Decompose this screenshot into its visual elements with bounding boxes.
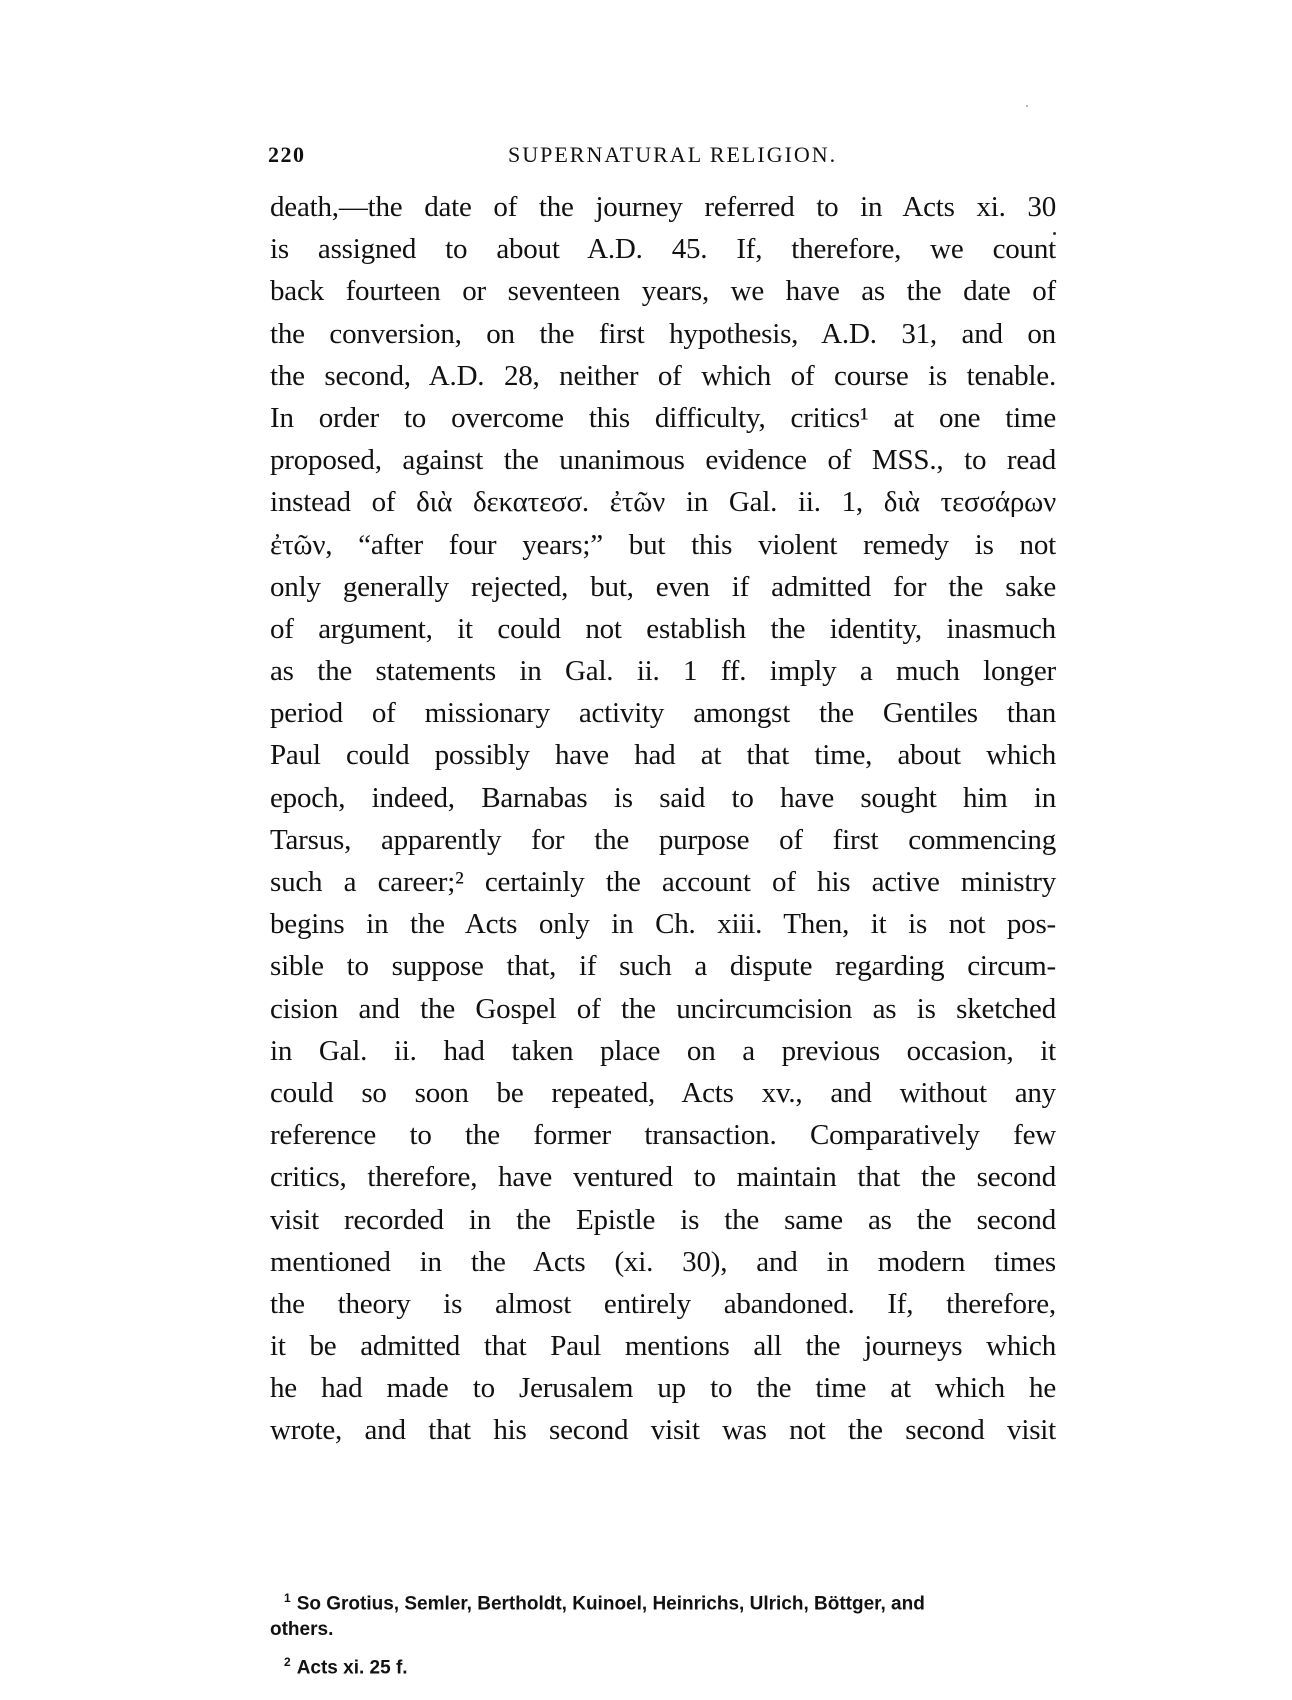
footnotes: 1So Grotius, Semler, Bertholdt, Kuinoel,… (270, 1582, 1056, 1678)
text-line: he had made to Jerusalem up to the time … (270, 1367, 1056, 1409)
scan-speck (1026, 105, 1028, 107)
text-line: epoch, indeed, Barnabas is said to have … (270, 777, 1056, 819)
text-line: back fourteen or seventeen years, we hav… (270, 270, 1056, 312)
text-line: could so soon be repeated, Acts xv., and… (270, 1072, 1056, 1114)
text-line: instead of διὰ δεκατεσσ. ἐτῶν in Gal. ii… (270, 481, 1056, 523)
text-line: in Gal. ii. had taken place on a previou… (270, 1030, 1056, 1072)
text-line: wrote, and that his second visit was not… (270, 1409, 1056, 1451)
text-line: critics, therefore, have ventured to mai… (270, 1156, 1056, 1198)
book-page: 220 SUPERNATURAL RELIGION. death,—the da… (0, 0, 1292, 1700)
footnote-1: 1So Grotius, Semler, Bertholdt, Kuinoel,… (270, 1582, 1056, 1614)
footnote-mark: 1 (284, 1591, 291, 1605)
text-line: visit recorded in the Epistle is the sam… (270, 1199, 1056, 1241)
footnote-text: So Grotius, Semler, Bertholdt, Kuinoel, … (297, 1593, 925, 1614)
text-line: cision and the Gospel of the uncircumcis… (270, 988, 1056, 1030)
body-text: death,—the date of the journey referred … (270, 186, 1056, 1452)
text-line: the theory is almost entirely abandoned.… (270, 1283, 1056, 1325)
text-line: the second, A.D. 28, neither of which of… (270, 355, 1056, 397)
running-head: 220 SUPERNATURAL RELIGION. (268, 142, 1058, 172)
text-line: ἐτῶν, “after four years;” but this viole… (270, 524, 1056, 566)
text-line: reference to the former transaction. Com… (270, 1114, 1056, 1156)
text-line: the conversion, on the first hypothesis,… (270, 313, 1056, 355)
footnote-2: 2Acts xi. 25 f. (270, 1646, 1056, 1678)
text-line: as the statements in Gal. ii. 1 ff. impl… (270, 650, 1056, 692)
text-line: is assigned to about A.D. 45. If, theref… (270, 228, 1056, 270)
page-number: 220 (268, 142, 306, 168)
text-line: Paul could possibly have had at that tim… (270, 734, 1056, 776)
text-line: only generally rejected, but, even if ad… (270, 566, 1056, 608)
text-line: it be admitted that Paul mentions all th… (270, 1325, 1056, 1367)
text-line: sible to suppose that, if such a dispute… (270, 945, 1056, 987)
text-line: of argument, it could not establish the … (270, 608, 1056, 650)
footnote-1-continuation: others. (270, 1614, 1056, 1646)
text-line: begins in the Acts only in Ch. xiii. The… (270, 903, 1056, 945)
footnote-mark: 2 (284, 1655, 291, 1669)
text-line: mentioned in the Acts (xi. 30), and in m… (270, 1241, 1056, 1283)
text-line: death,—the date of the journey referred … (270, 186, 1056, 228)
text-line: Tarsus, apparently for the purpose of fi… (270, 819, 1056, 861)
running-title: SUPERNATURAL RELIGION. (508, 142, 837, 168)
scan-speck (1053, 232, 1056, 235)
footnote-text: Acts xi. 25 f. (297, 1657, 408, 1678)
text-line: proposed, against the unanimous evidence… (270, 439, 1056, 481)
text-line: In order to overcome this difficulty, cr… (270, 397, 1056, 439)
text-line: period of missionary activity amongst th… (270, 692, 1056, 734)
text-line: such a career;² certainly the account of… (270, 861, 1056, 903)
